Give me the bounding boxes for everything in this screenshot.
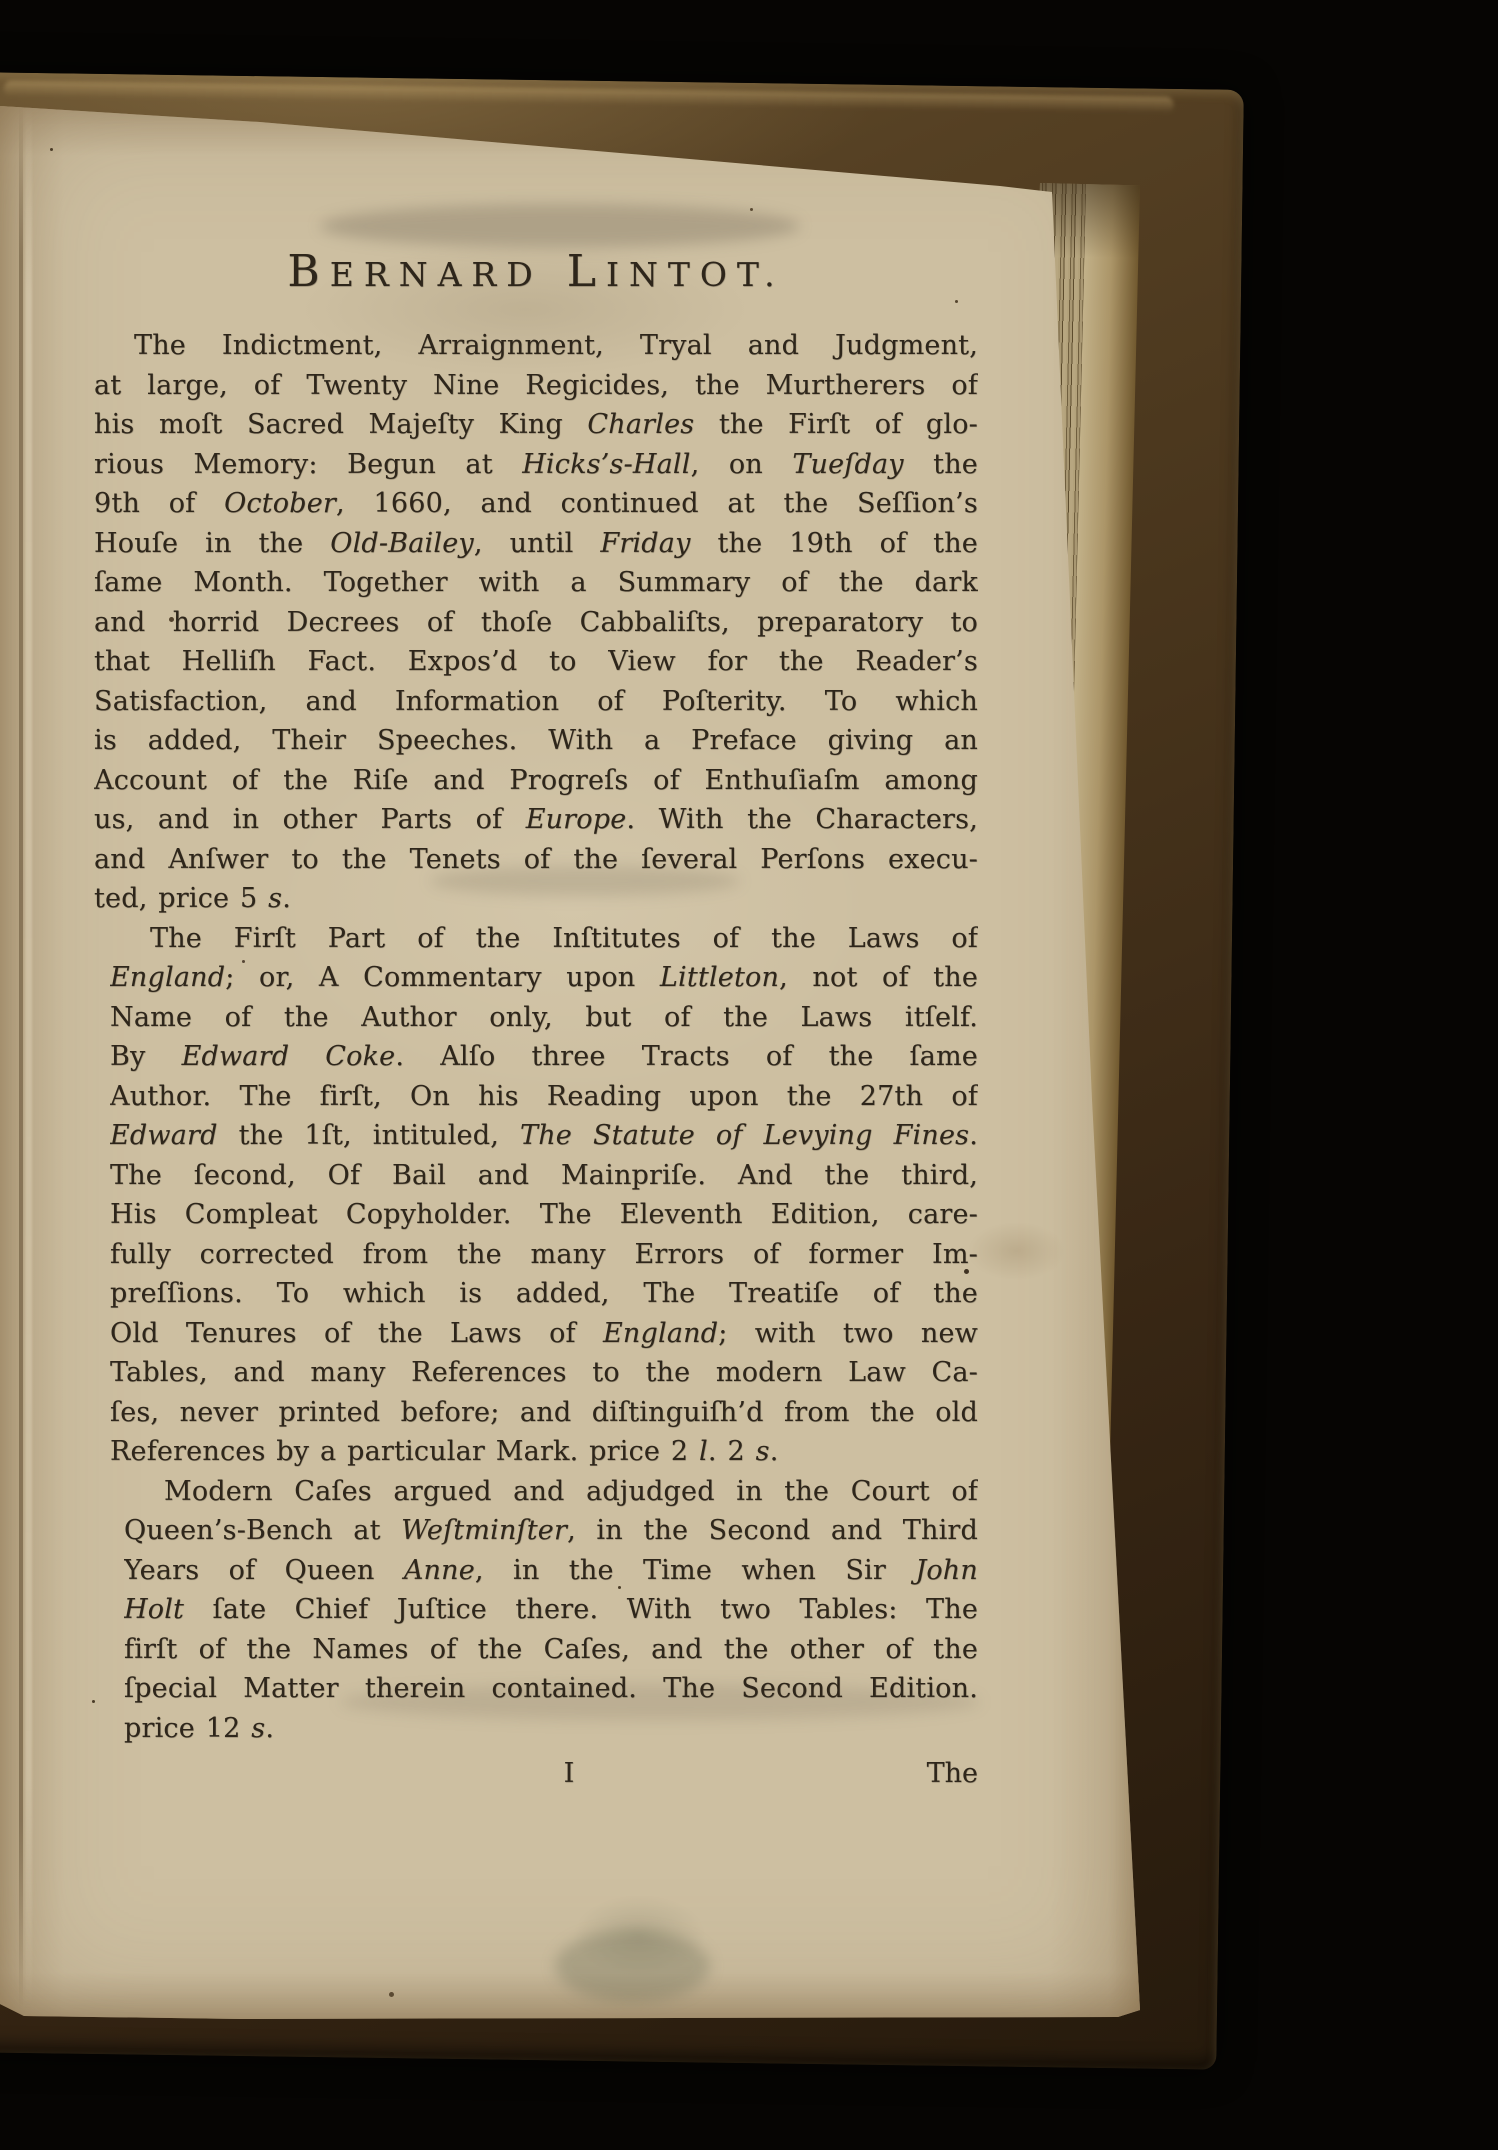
text-line: Account of the Riſe and Progreſs of Enth…: [94, 761, 978, 801]
signature-mark: I: [564, 1758, 575, 1789]
text-line: Houſe in the Old-Bailey, until Friday th…: [94, 524, 978, 564]
text-line: ſes, never printed before; and diſtingui…: [110, 1393, 978, 1433]
text-line: Queen’s-Bench at Weſtminſter, in the Sec…: [124, 1511, 978, 1551]
text-line: fully corrected from the many Errors of …: [110, 1235, 978, 1275]
heading-word: BERNARD: [287, 246, 542, 297]
text-line: 9th of October, 1660, and continued at t…: [94, 484, 978, 524]
paragraph: Modern Caſes argued and adjudged in the …: [124, 1472, 978, 1749]
text-line: Satisfaction, and Information of Poſteri…: [94, 682, 978, 722]
text-line: His Compleat Copyholder. The Eleventh Ed…: [110, 1195, 978, 1235]
text-line: Old Tenures of the Laws of England; with…: [110, 1314, 978, 1354]
text-line: his moſt Sacred Majeſty King Charles the…: [94, 405, 978, 445]
text-line: at large, of Twenty Nine Regicides, the …: [94, 366, 978, 406]
text-line: Name of the Author only, but of the Laws…: [110, 998, 978, 1038]
paragraph: The Indictment, Arraignment, Tryal and J…: [94, 326, 978, 919]
text-line: References by a particular Mark. price 2…: [110, 1432, 978, 1472]
text-line: By Edward Coke. Alſo three Tracts of the…: [110, 1037, 978, 1077]
text-line: rious Memory: Begun at Hicks’s-Hall, on …: [94, 445, 978, 485]
text-line: Holt ſate Chief Juſtice there. With two …: [124, 1590, 978, 1630]
text-line: Author. The firſt, On his Reading upon t…: [110, 1077, 978, 1117]
text-line: ſame Month. Together with a Summary of t…: [94, 563, 978, 603]
text-line: preſſions. To which is added, The Treati…: [110, 1274, 978, 1314]
text-line: The Firſt Part of the Inſtitutes of the …: [110, 919, 978, 959]
text-line: us, and in other Parts of Europe. With t…: [94, 800, 978, 840]
text-line: Years of Queen Anne, in the Time when Si…: [124, 1551, 978, 1591]
page-footer: I The: [124, 1758, 978, 1798]
catchword: The: [927, 1758, 978, 1789]
gutter-fold-highlight: [25, 104, 32, 2009]
text-line: and horrid Decrees of thoſe Cabbaliſts, …: [94, 603, 978, 643]
text-line: and Anſwer to the Tenets of the ſeveral …: [94, 840, 978, 880]
text-line: Tables, and many References to the moder…: [110, 1353, 978, 1393]
text-line: is added, Their Speeches. With a Preface…: [94, 721, 978, 761]
text-line: The Indictment, Arraignment, Tryal and J…: [94, 326, 978, 366]
text-line: ſpecial Matter therein contained. The Se…: [124, 1669, 978, 1709]
book-page: BERNARDLINTOT. The Indictment, Arraignme…: [0, 98, 1142, 2020]
body-text: The Indictment, Arraignment, Tryal and J…: [94, 326, 978, 1748]
gutter-fold-line: [19, 104, 23, 2009]
text-line: that Helliſh Fact. Expos’d to View for t…: [94, 642, 978, 682]
text-line: Edward the 1ſt, intituled, The Statute o…: [110, 1116, 978, 1156]
text-line: England; or, A Commentary upon Littleton…: [110, 958, 978, 998]
heading-word: LINTOT.: [567, 246, 785, 297]
paragraph: The Firſt Part of the Inſtitutes of the …: [110, 919, 978, 1472]
photo-background: { "heading": { "words": ["BERNARD", "LIN…: [0, 0, 1498, 2150]
text-line: ted, price 5 s.: [94, 879, 978, 919]
foxing-specks: [50, 148, 53, 151]
page-heading: BERNARDLINTOT.: [94, 246, 978, 297]
text-line: firſt of the Names of the Caſes, and the…: [124, 1630, 978, 1670]
show-through-smudge: [320, 204, 800, 248]
text-line: Modern Caſes argued and adjudged in the …: [124, 1472, 978, 1512]
text-line: price 12 s.: [124, 1709, 978, 1749]
show-through-smudge: [555, 1930, 710, 2002]
text-line: The ſecond, Of Bail and Mainpriſe. And t…: [110, 1156, 978, 1196]
